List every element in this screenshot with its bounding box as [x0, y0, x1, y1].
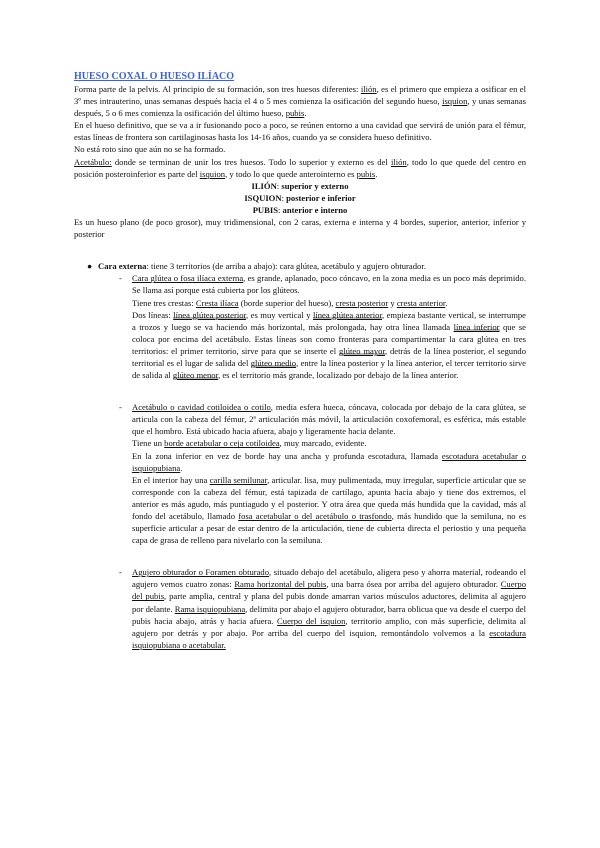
text: En la zona inferior en vez de borde hay …: [132, 451, 442, 461]
description-paragraph: Es un hueso plano (de poco grosor), muy …: [74, 216, 526, 240]
summary-name: ILIÓN: [251, 181, 276, 191]
term-isquion: isquion: [200, 169, 225, 179]
text: Acetábulo o cavidad cotiloidea o cotilo,…: [132, 401, 526, 437]
text: .: [304, 108, 306, 118]
text: Agujero obturador o Foramen obturado, si…: [132, 566, 526, 651]
term-pubis: pubis: [286, 108, 305, 118]
text: En el interior hay una carilla semilunar…: [132, 474, 526, 547]
summary-name: ISQUION: [244, 193, 281, 203]
acetabulo-paragraph: Acetábulo: donde se terminan de unir los…: [74, 156, 526, 180]
term: Rama isquiopubiana: [175, 604, 245, 614]
text: , muy marcado, evidente.: [280, 438, 367, 448]
term: Agujero obturador o Foramen obturado: [132, 567, 269, 577]
bullet-label: Cara externa: [98, 261, 146, 271]
term: Cuerpo del isquion: [277, 616, 345, 626]
summary-desc: superior y externo: [281, 181, 348, 191]
term: fosa acetabular o del acetábulo o trasfo…: [238, 511, 391, 521]
intro-paragraph: Forma parte de la pelvis. Al principio d…: [74, 83, 526, 119]
text: Cara glútea o fosa ilíaca externa, es gr…: [132, 272, 526, 296]
text: Tiene tres crestas: Cresta ilíaca (borde…: [132, 297, 526, 309]
term: Cresta ilíaca: [196, 298, 239, 308]
text: donde se terminan de unir los tres hueso…: [112, 157, 391, 167]
text: Tiene tres crestas:: [132, 298, 196, 308]
text: , una barra ósea por arriba del agujero …: [326, 579, 500, 589]
term: cresta posterior: [336, 298, 389, 308]
text: (borde superior del hueso),: [239, 298, 336, 308]
term: Rama horizontal del pubis: [234, 579, 326, 589]
summary-desc: posterior e inferior: [286, 193, 356, 203]
term-acetabulo: Acetábulo:: [74, 157, 112, 167]
text: .: [445, 298, 447, 308]
note-paragraph: No está roto sino que aún no se ha forma…: [74, 143, 526, 155]
subitem-acetabulo: - Acetábulo o cavidad cotiloidea o cotil…: [74, 401, 526, 546]
term-pubis: pubis: [357, 169, 376, 179]
term: línea glútea anterior: [313, 310, 382, 320]
bullet-icon: ●: [87, 260, 92, 272]
text: , es muy vertical y: [246, 310, 313, 320]
term: glúteo mayor: [339, 346, 385, 356]
text: En el interior hay una: [132, 475, 210, 485]
spacer: [74, 546, 526, 566]
dash-icon: -: [119, 566, 122, 578]
text: Dos líneas:: [132, 310, 173, 320]
term: cresta anterior: [397, 298, 445, 308]
text: , y todo lo que quede anterointerno es: [225, 169, 357, 179]
text: .: [375, 169, 377, 179]
term: Cara glútea o fosa ilíaca externa: [132, 273, 243, 283]
subitem-cara-glutea: - Cara glútea o fosa ilíaca externa, es …: [74, 272, 526, 381]
summary-line: ILIÓN: superior y externo: [74, 180, 526, 192]
dash-icon: -: [119, 401, 122, 413]
term: línea glútea posterior: [173, 310, 246, 320]
summary-desc: anterior e interno: [283, 205, 348, 215]
dash-icon: -: [119, 272, 122, 284]
bullet-cara-externa: ● Cara externa: tiene 3 territorios (de …: [74, 260, 526, 272]
term-ilion: ilión: [391, 157, 407, 167]
text: En la zona inferior en vez de borde hay …: [132, 450, 526, 474]
term: Acetábulo o cavidad cotiloidea o cotilo: [132, 402, 271, 412]
summary-line: PUBIS: anterior e interno: [74, 204, 526, 216]
term: glúteo medio: [251, 358, 296, 368]
text: : tiene 3 territorios (de arriba a abajo…: [146, 261, 425, 271]
subitem-agujero-obturador: - Agujero obturador o Foramen obturado, …: [74, 566, 526, 651]
term: glúteo menor: [173, 370, 218, 380]
term: carilla semilunar: [210, 475, 267, 485]
text: Tiene un: [132, 438, 164, 448]
summary-name: PUBIS: [253, 205, 278, 215]
document-page: HUESO COXAL O HUESO ILÍACO Forma parte d…: [74, 70, 526, 651]
term: borde acetabular o ceja cotiloidea: [164, 438, 279, 448]
text: y: [388, 298, 397, 308]
definitive-bone-paragraph: En el hueso definitivo, que se va a ir f…: [74, 119, 526, 143]
text: , es el territorio más grande, localizad…: [218, 370, 458, 380]
summary-block: ILIÓN: superior y externo ISQUION: poste…: [74, 180, 526, 216]
text: Tiene un borde acetabular o ceja cotiloi…: [132, 437, 526, 449]
text: Forma parte de la pelvis. Al principio d…: [74, 84, 361, 94]
summary-line: ISQUION: posterior e inferior: [74, 192, 526, 204]
term-ilion: ilión: [361, 84, 377, 94]
spacer: [74, 381, 526, 401]
term: línea inferior: [454, 322, 500, 332]
text: Dos líneas: línea glútea posterior, es m…: [132, 309, 526, 382]
document-title: HUESO COXAL O HUESO ILÍACO: [74, 70, 526, 83]
text: .: [180, 463, 182, 473]
term-isquion: isquion: [442, 96, 467, 106]
